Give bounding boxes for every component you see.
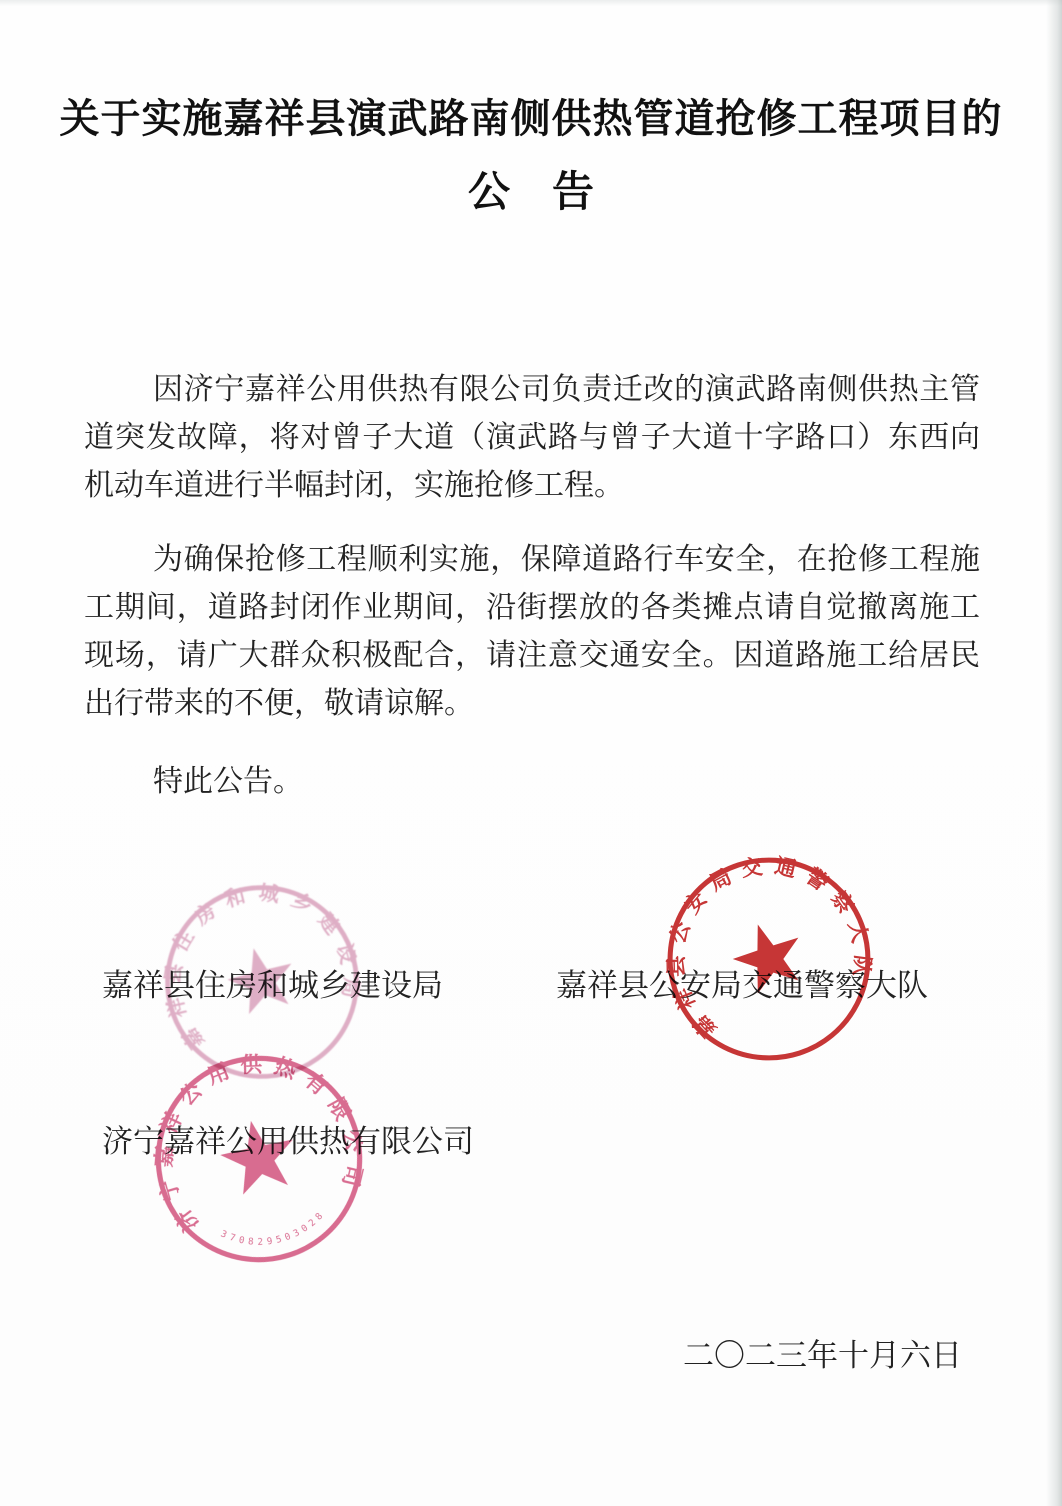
announcement-title: 关于实施嘉祥县演武路南侧供热管道抢修工程项目的 [50, 88, 1012, 150]
signatory-left-name: 嘉祥县住房和城乡建设局 [102, 964, 556, 1008]
body-paragraph-closing: 特此公告。 [84, 758, 980, 806]
signature-block: 嘉祥县住房和城乡建设局 嘉祥县公安局交通警察大队 济宁嘉祥公用供热有限公司 二〇… [0, 964, 1062, 1375]
signatory-row: 嘉祥县住房和城乡建设局 嘉祥县公安局交通警察大队 [102, 964, 1062, 1008]
announcement-body: 因济宁嘉祥公用供热有限公司负责迁改的演武路南侧供热主管道突发故障，将对曾子大道（… [84, 366, 980, 806]
announcement-subtitle: 公 告 [0, 164, 1062, 220]
company-name: 济宁嘉祥公用供热有限公司 [102, 1120, 1062, 1164]
signatory-right-name: 嘉祥县公安局交通警察大队 [556, 964, 928, 1008]
body-paragraph-1: 因济宁嘉祥公用供热有限公司负责迁改的演武路南侧供热主管道突发故障，将对曾子大道（… [84, 366, 980, 510]
body-paragraph-2: 为确保抢修工程顺利实施，保障道路行车安全，在抢修工程施工期间，道路封闭作业期间，… [84, 536, 980, 728]
scan-edge-top [0, 0, 1062, 6]
date-line: 二〇二三年十月六日 [0, 1330, 962, 1375]
announcement-page: 关于实施嘉祥县演武路南侧供热管道抢修工程项目的 公 告 因济宁嘉祥公用供热有限公… [0, 0, 1062, 1506]
